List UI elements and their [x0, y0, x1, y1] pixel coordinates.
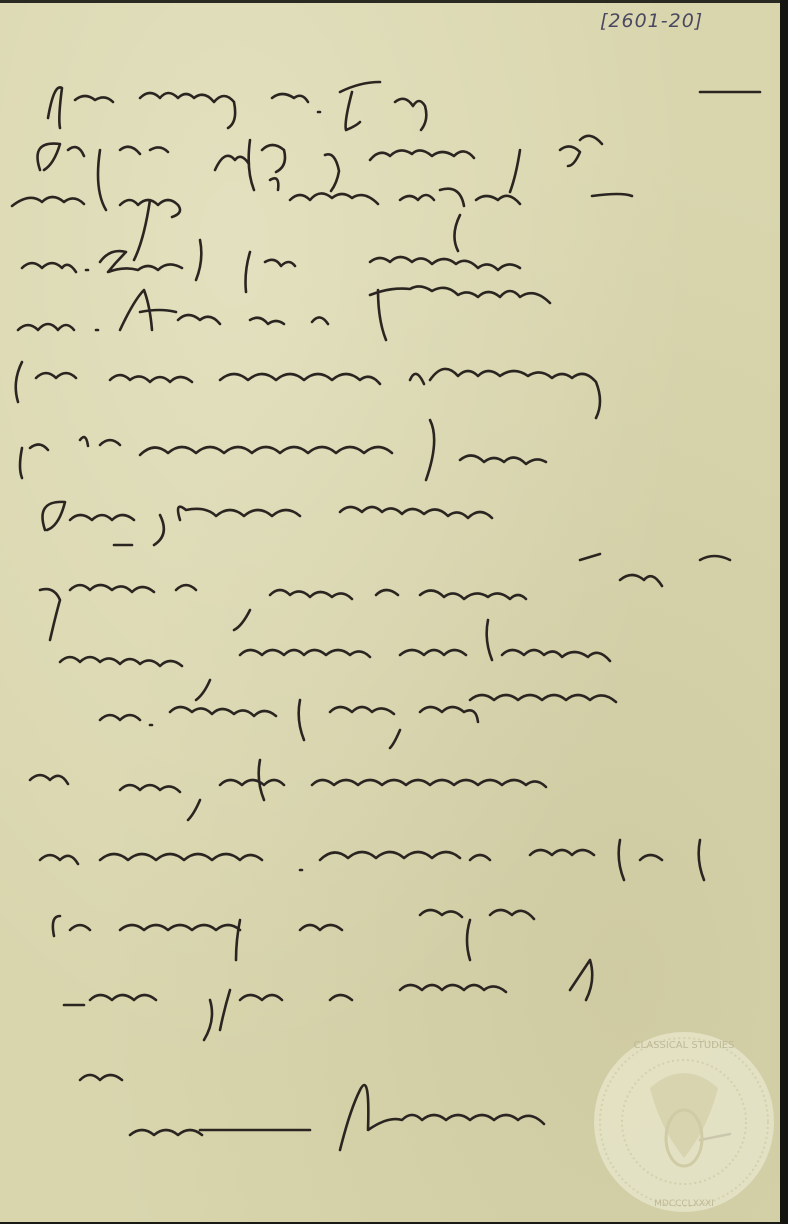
scan-right-border [780, 0, 788, 1224]
institution-seal-stamp: CLASSICAL STUDIES MDCCCLXXXI [590, 1028, 778, 1216]
scan-top-border [0, 0, 788, 3]
svg-text:CLASSICAL STUDIES: CLASSICAL STUDIES [634, 1040, 735, 1051]
svg-text:MDCCCLXXXI: MDCCCLXXXI [654, 1199, 714, 1209]
letter-page: [2601-20] [0, 0, 780, 1222]
